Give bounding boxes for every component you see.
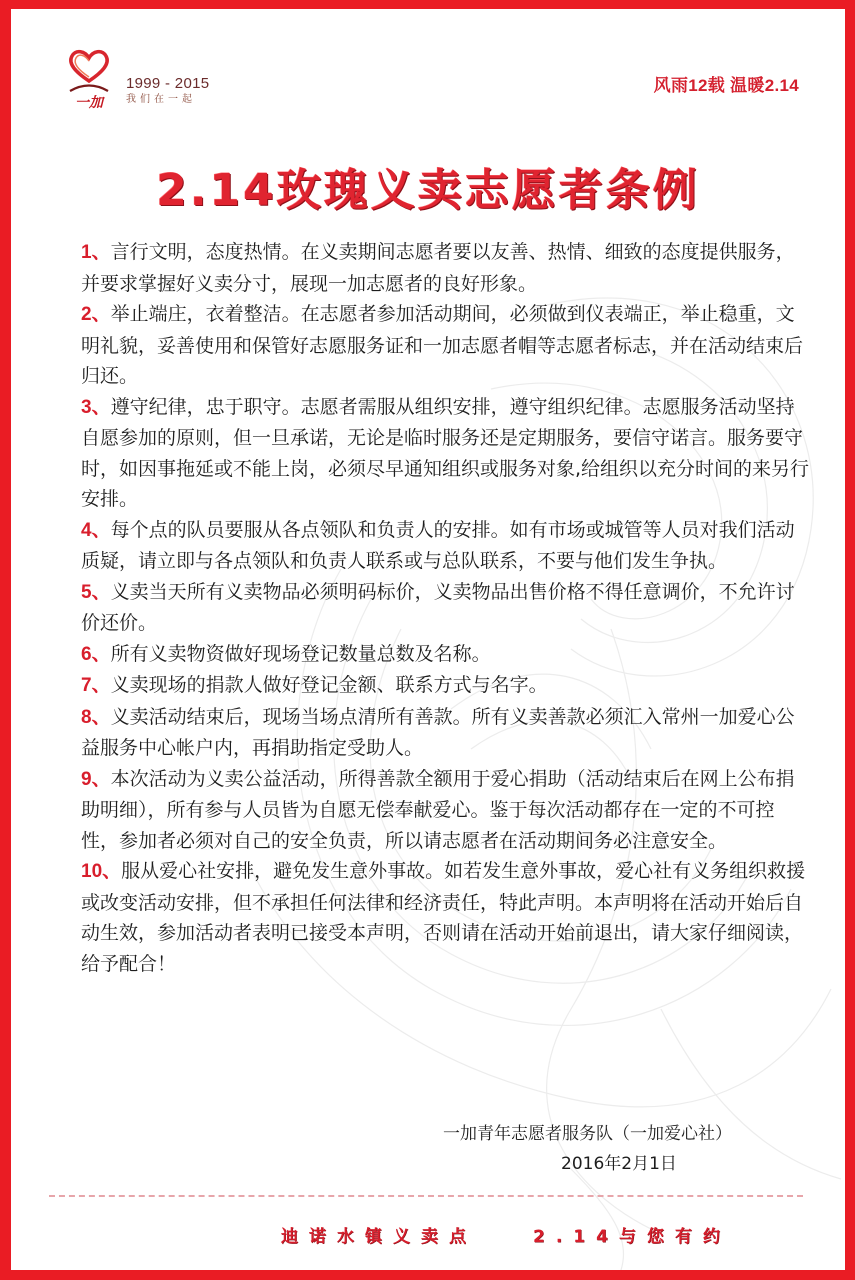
- logo-slogan: 我们在一起: [126, 93, 209, 107]
- organization-logo: 一加 1999 - 2015 我们在一起: [64, 47, 209, 111]
- rule-number: 2、: [81, 304, 111, 325]
- rule-number: 8、: [81, 707, 111, 728]
- rule-text: 义卖现场的捐款人做好登记金额、联系方式与名字。: [111, 674, 548, 696]
- rule-number: 5、: [81, 582, 111, 603]
- signature-date: 2016年2月1日: [443, 1149, 732, 1179]
- footer-banner: 迪诺水镇义卖点 2.14与您有约: [11, 1222, 845, 1247]
- heart-logo-icon: 一加: [64, 47, 114, 111]
- footer-location: 迪诺水镇义卖点: [281, 1222, 477, 1247]
- rules-list: 1、言行文明，态度热情。在义卖期间志愿者要以友善、热情、细致的态度提供服务，并要…: [81, 237, 811, 979]
- rule-text: 举止端庄，衣着整洁。在志愿者参加活动期间，必须做到仪表端正，举止稳重，文明礼貌，…: [81, 303, 803, 387]
- rule-text: 所有义卖物资做好现场登记数量总数及名称。: [111, 643, 491, 665]
- rule-text: 义卖活动结束后，现场当场点清所有善款。所有义卖善款必须汇入常州一加爱心公益服务中…: [81, 706, 795, 760]
- rule-number: 3、: [81, 397, 111, 418]
- rule-item: 2、举止端庄，衣着整洁。在志愿者参加活动期间，必须做到仪表端正，举止稳重，文明礼…: [81, 299, 811, 392]
- rule-item: 10、服从爱心社安排，避免发生意外事故。如若发生意外事故，爱心社有义务组织救援或…: [81, 856, 811, 979]
- rule-number: 7、: [81, 675, 111, 696]
- logo-years: 1999 - 2015: [126, 75, 209, 92]
- rule-text: 每个点的队员要服从各点领队和负责人的安排。如有市场或城管等人员对我们活动质疑，请…: [81, 519, 795, 573]
- rule-number: 6、: [81, 644, 111, 665]
- rule-item: 6、所有义卖物资做好现场登记数量总数及名称。: [81, 639, 811, 671]
- page-title: 2.14玫瑰义卖志愿者条例: [11, 154, 845, 218]
- rule-item: 3、遵守纪律，忠于职守。志愿者需服从组织安排，遵守组织纪律。志愿服务活动坚持自愿…: [81, 392, 811, 515]
- rule-item: 4、每个点的队员要服从各点领队和负责人的安排。如有市场或城管等人员对我们活动质疑…: [81, 515, 811, 577]
- rule-text: 义卖当天所有义卖物品必须明码标价，义卖物品出售价格不得任意调价，不允许讨价还价。: [81, 581, 795, 635]
- rule-item: 8、义卖活动结束后，现场当场点清所有善款。所有义卖善款必须汇入常州一加爱心公益服…: [81, 702, 811, 764]
- rule-text: 言行文明，态度热情。在义卖期间志愿者要以友善、热情、细致的态度提供服务，并要求掌…: [81, 241, 795, 295]
- rule-text: 本次活动为义卖公益活动，所得善款全额用于爱心捐助（活动结束后在网上公布捐助明细）…: [81, 768, 795, 852]
- footer-divider: [49, 1195, 803, 1197]
- rule-number: 9、: [81, 769, 111, 790]
- header-tagline: 风雨12载 温暖2.14: [654, 71, 799, 96]
- rule-number: 10、: [81, 861, 121, 882]
- signature-block: 一加青年志愿者服务队（一加爱心社） 2016年2月1日: [443, 1119, 732, 1179]
- rule-number: 1、: [81, 242, 111, 263]
- footer-slogan: 2.14与您有约: [533, 1222, 731, 1247]
- rule-number: 4、: [81, 520, 111, 541]
- rule-item: 1、言行文明，态度热情。在义卖期间志愿者要以友善、热情、细致的态度提供服务，并要…: [81, 237, 811, 299]
- rule-text: 遵守纪律，忠于职守。志愿者需服从组织安排，遵守组织纪律。志愿服务活动坚持自愿参加…: [81, 396, 809, 511]
- rule-item: 5、义卖当天所有义卖物品必须明码标价，义卖物品出售价格不得任意调价，不允许讨价还…: [81, 577, 811, 639]
- rule-text: 服从爱心社安排，避免发生意外事故。如若发生意外事故，爱心社有义务组织救援或改变活…: [81, 860, 805, 975]
- rule-item: 9、本次活动为义卖公益活动，所得善款全额用于爱心捐助（活动结束后在网上公布捐助明…: [81, 764, 811, 857]
- svg-text:一加: 一加: [75, 95, 105, 111]
- signature-organization: 一加青年志愿者服务队（一加爱心社）: [443, 1119, 732, 1149]
- rule-item: 7、义卖现场的捐款人做好登记金额、联系方式与名字。: [81, 670, 811, 702]
- poster-page: 一加 1999 - 2015 我们在一起 风雨12载 温暖2.14 2.14玫瑰…: [11, 9, 845, 1270]
